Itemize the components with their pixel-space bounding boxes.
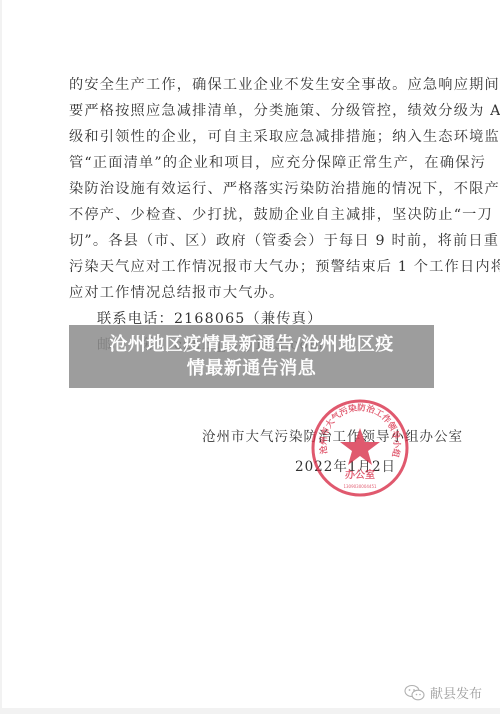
banner-title-line1: 沧州地区疫情最新通告/沧州地区疫 — [109, 333, 394, 357]
wechat-icon — [404, 684, 426, 702]
document-page: 的安全生产工作，确保工业企业不发生安全事故。应急响应期间， 要严格按照应急减排清… — [2, 0, 500, 708]
title-banner: 沧州地区疫情最新通告/沧州地区疫 情最新通告消息 — [69, 325, 434, 388]
banner-title-line2: 情最新通告消息 — [187, 357, 317, 381]
svg-text:1309030004451: 1309030004451 — [343, 484, 377, 489]
body-line: 切”。各县（市、区）政府（管委会）于每日 9 时前，将前日重 — [69, 228, 455, 254]
watermark-label: 献县发布 — [430, 683, 482, 702]
body-line: 应对工作情况总结报市大气办。 — [69, 280, 455, 306]
body-line: 管“正面清单”的企业和项目，应充分保障正常生产，在确保污 — [69, 150, 455, 176]
body-line: 的安全生产工作，确保工业企业不发生安全事故。应急响应期间， — [69, 72, 455, 98]
source-watermark: 献县发布 — [404, 683, 482, 702]
document-body: 的安全生产工作，确保工业企业不发生安全事故。应急响应期间， 要严格按照应急减排清… — [69, 72, 455, 358]
official-seal-icon: 沧州市大气污染防治工作领导小组 办公室 1309030004451 — [310, 398, 410, 498]
body-line: 不停产、少检查、少打扰，鼓励企业自主减排，坚决防止“一刀 — [69, 202, 455, 228]
body-line: 污染天气应对工作情况报市大气办；预警结束后 1 个工作日内将 — [69, 254, 455, 280]
body-line: 要严格按照应急减排清单，分类施策、分级管控，绩效分级为 A — [69, 98, 455, 124]
body-line: 级和引领性的企业，可自主采取应急减排措施；纳入生态环境监 — [69, 124, 455, 150]
body-line: 染防治设施有效运行、严格落实污染防治措施的情况下，不限产 — [69, 176, 455, 202]
svg-text:办公室: 办公室 — [345, 468, 375, 481]
